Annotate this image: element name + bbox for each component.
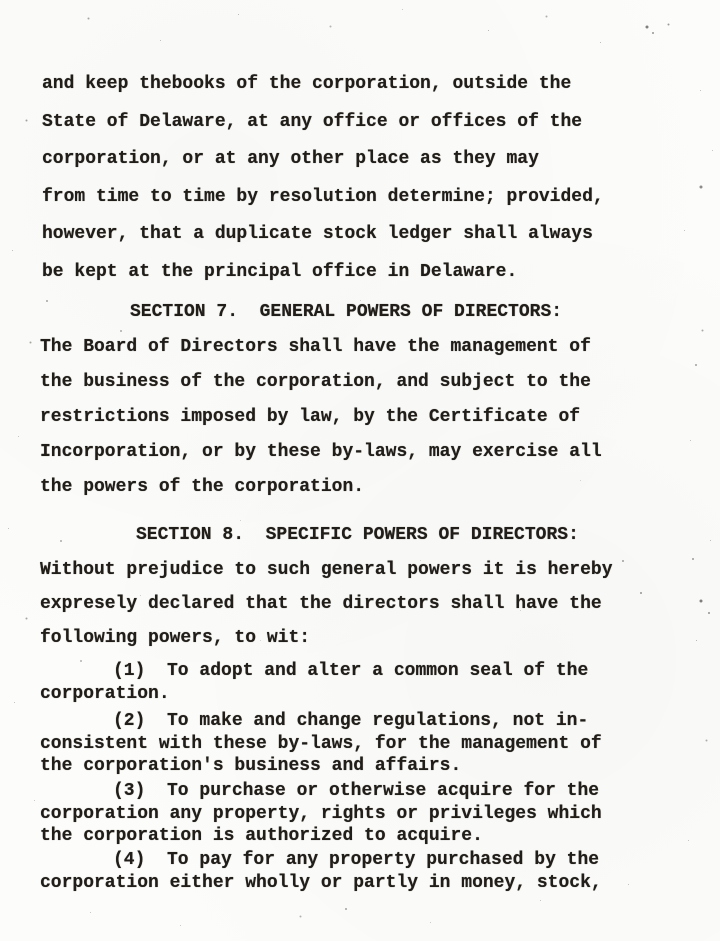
text-line: following powers, to wit: [40,621,613,655]
section-8-item-1: (1) To adopt and alter a common seal of … [40,660,588,705]
text-line: corporation either wholly or partly in m… [40,872,602,895]
text-line: Incorporation, or by these by-laws, may … [40,435,602,470]
text-line: the corporation is authorized to acquire… [40,825,602,848]
text-line: expresely declared that the directors sh… [40,587,613,621]
text-line: State of Delaware, at any office or offi… [42,104,604,142]
scanned-document-page: and keep thebooks of the corporation, ou… [0,0,720,941]
section-8-intro: Without prejudice to such general powers… [40,553,613,655]
text-line: the business of the corporation, and sub… [40,365,602,400]
section-7-body: The Board of Directors shall have the ma… [40,330,602,505]
text-line: Without prejudice to such general powers… [40,553,613,587]
section-8-item-4: (4) To pay for any property purchased by… [40,849,602,894]
continuation-paragraph: and keep thebooks of the corporation, ou… [42,66,604,292]
text-line: corporation any property, rights or priv… [40,803,602,826]
section-8-item-2: (2) To make and change regulations, not … [40,710,602,778]
text-line: the corporation's business and affairs. [40,755,602,778]
section-8-heading: SECTION 8. SPECIFIC POWERS OF DIRECTORS: [136,524,579,546]
text-line: (1) To adopt and alter a common seal of … [40,660,588,683]
text-line: (2) To make and change regulations, not … [40,710,602,733]
text-line: however, that a duplicate stock ledger s… [42,216,604,254]
text-line: (3) To purchase or otherwise acquire for… [40,780,602,803]
text-line: the powers of the corporation. [40,470,602,505]
text-line: and keep thebooks of the corporation, ou… [42,66,604,104]
scan-noise-blobs [0,0,2,2]
text-line: from time to time by resolution determin… [42,179,604,217]
text-line: restrictions imposed by law, by the Cert… [40,400,602,435]
section-7-heading: SECTION 7. GENERAL POWERS OF DIRECTORS: [130,301,562,323]
text-line: corporation, or at any other place as th… [42,141,604,179]
text-line: consistent with these by-laws, for the m… [40,733,602,756]
text-line: (4) To pay for any property purchased by… [40,849,602,872]
text-line: be kept at the principal office in Delaw… [42,254,604,292]
text-line: The Board of Directors shall have the ma… [40,330,602,365]
text-line: corporation. [40,683,588,706]
section-8-item-3: (3) To purchase or otherwise acquire for… [40,780,602,848]
